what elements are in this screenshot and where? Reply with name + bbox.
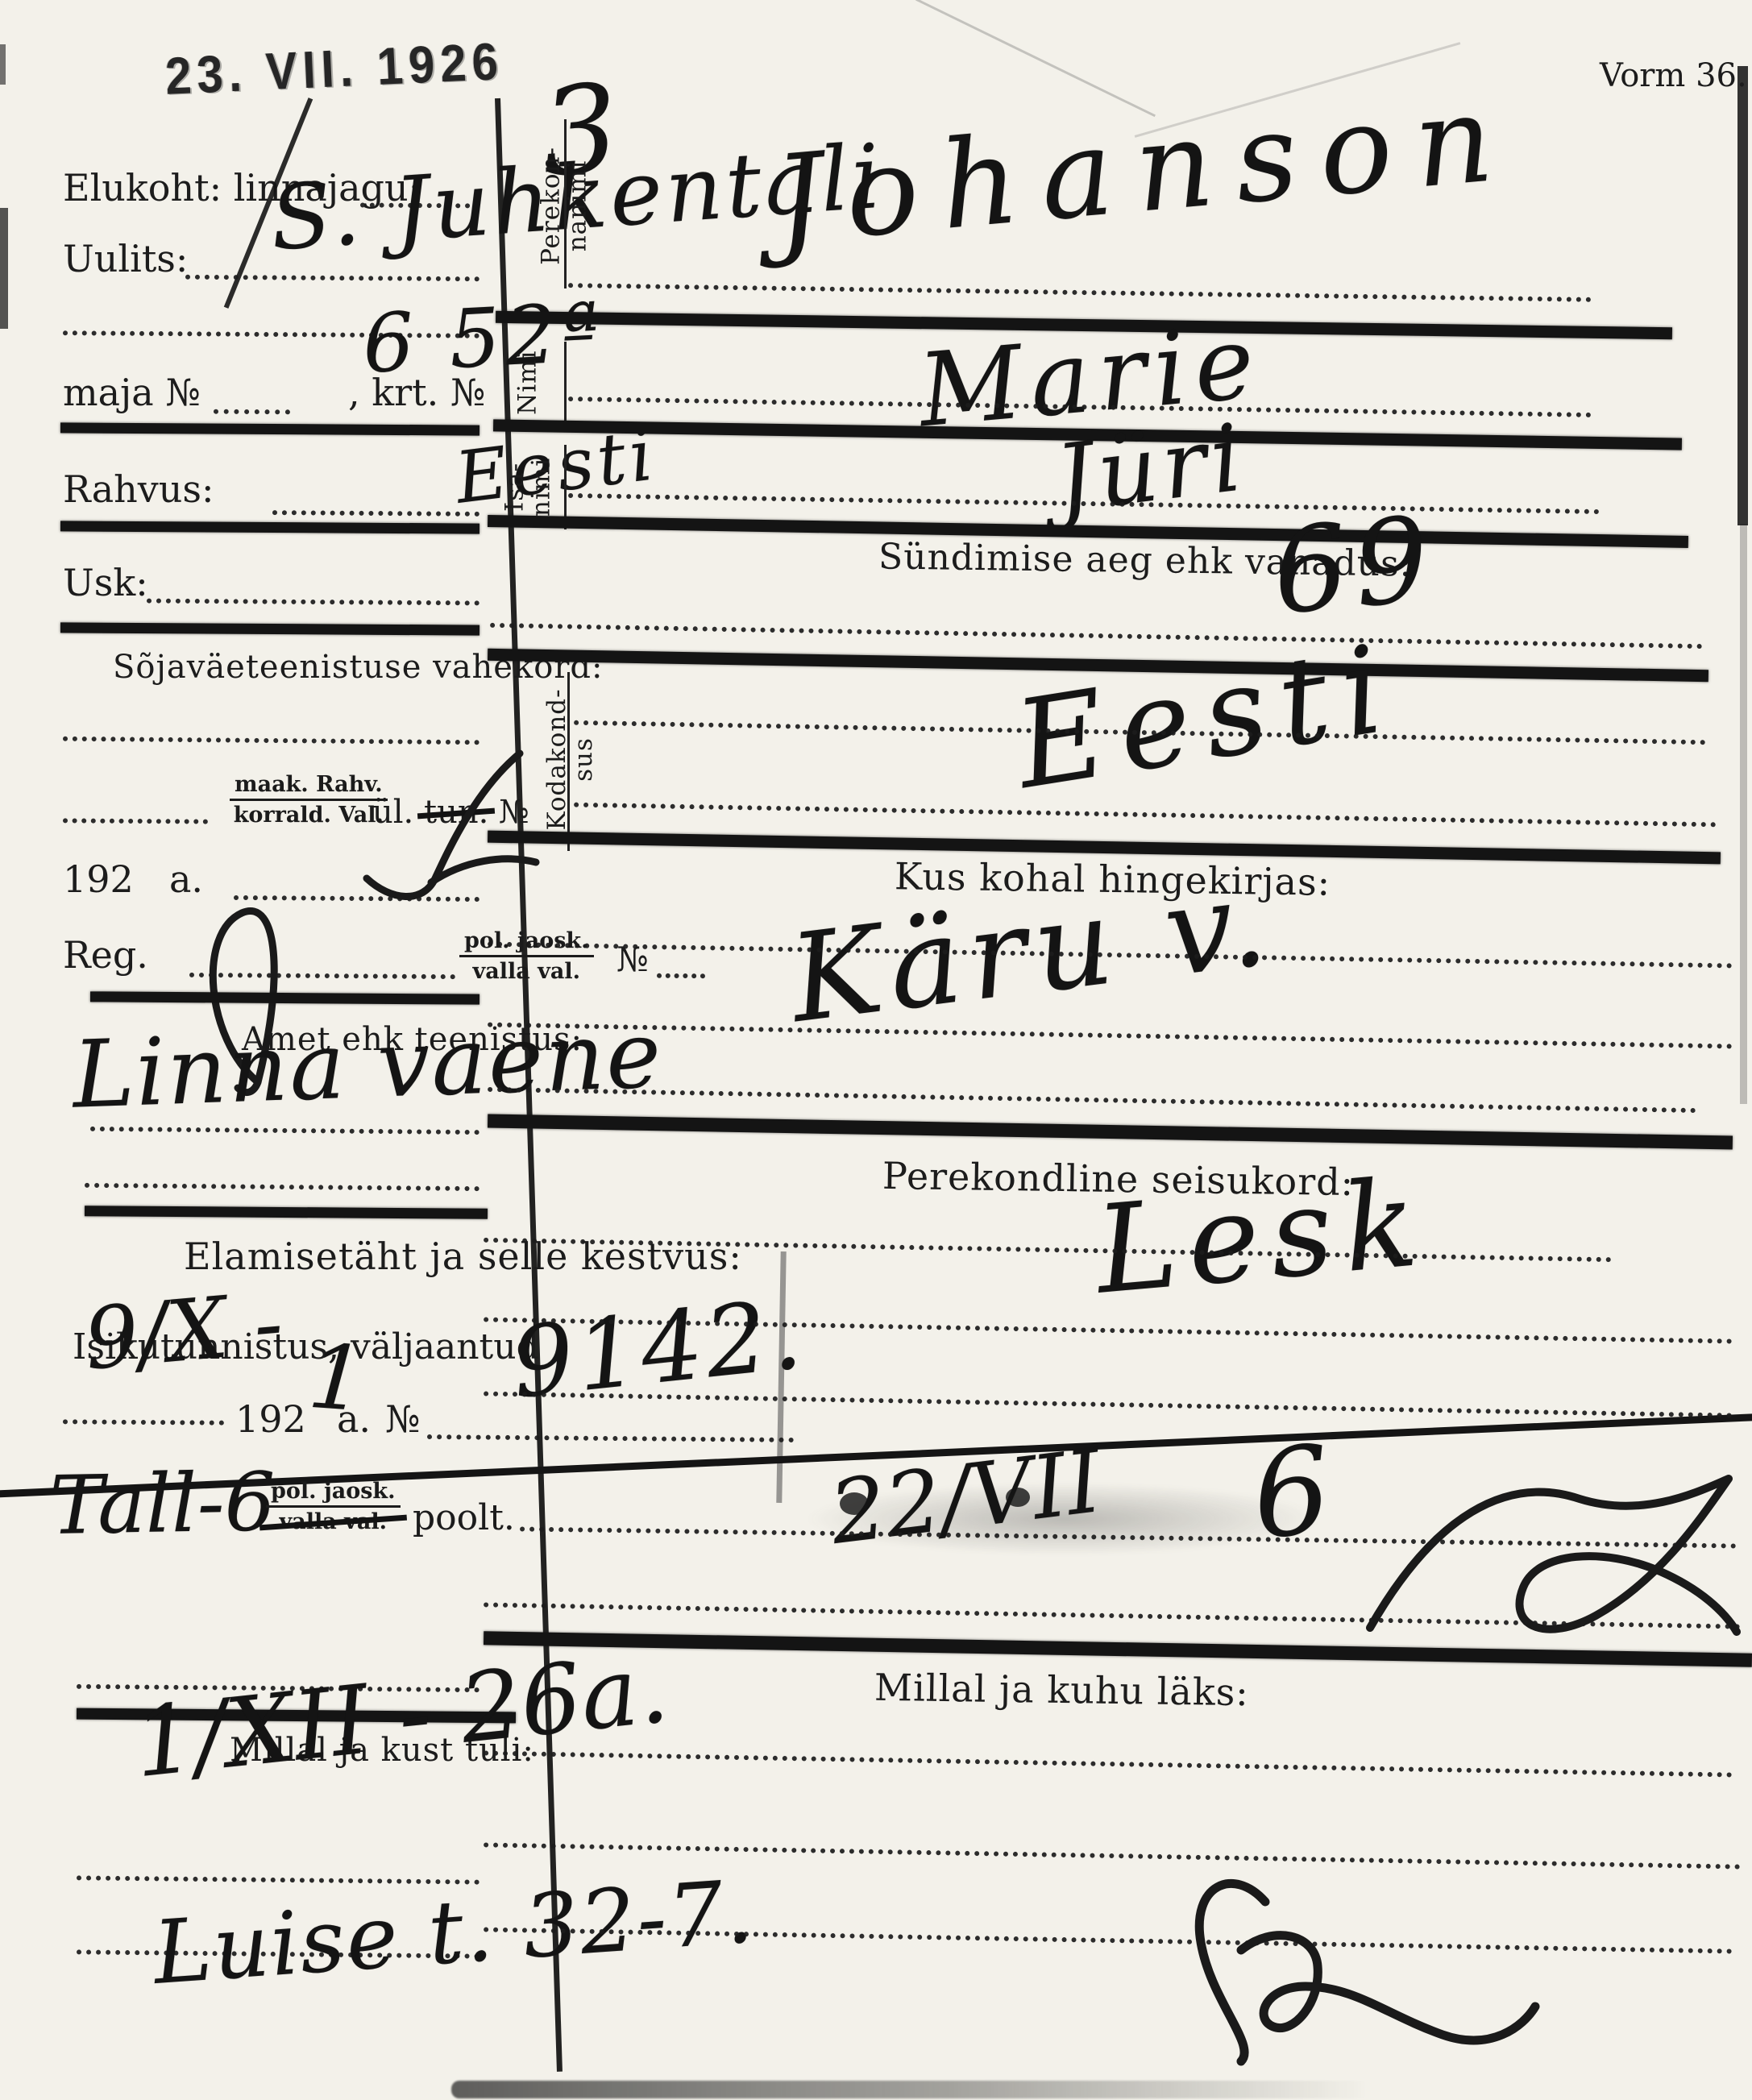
section-rule [90, 991, 480, 1004]
poolt-label: poolt. [413, 1499, 515, 1538]
dotted-line [484, 1750, 1733, 1777]
surname-handwriting: Johanson [770, 77, 1520, 262]
section-rule [85, 1206, 488, 1218]
dotted-line [427, 1434, 794, 1442]
dotted-line [214, 409, 290, 415]
surname-label: Perekon- nanimi [480, 121, 564, 290]
departure-heading: Millal ja kuhu läks: [874, 1667, 1249, 1713]
street-label: Uulits: [63, 239, 188, 280]
id-year-label: 192 [235, 1399, 306, 1440]
section-rule [60, 422, 480, 435]
firstname-label: Nimi [484, 338, 561, 427]
id-year-a-label: a. [337, 1399, 371, 1440]
id-date-handwriting: 9/X - [81, 1280, 286, 1382]
dotted-line [63, 818, 208, 824]
dotted-line [568, 283, 1592, 302]
label-rule [564, 342, 567, 422]
clerk-signature-flourish [1144, 1853, 1547, 2079]
dotted-line [488, 1023, 1733, 1049]
form-number: Vorm 36. [1600, 58, 1747, 93]
pencil-scratch [915, 0, 1156, 117]
dotted-line [90, 1127, 480, 1135]
religion-label: Usk: [63, 562, 148, 604]
scan-edge-mark [0, 208, 8, 329]
scan-edge-line [1737, 66, 1748, 525]
citizenship-handwriting: Eesti [1008, 628, 1404, 807]
reg-label: Reg. [63, 935, 148, 976]
scan-edge-line [1740, 524, 1747, 1104]
dotted-line [77, 1875, 480, 1884]
section-rule [60, 622, 480, 635]
scan-edge-mark [0, 44, 6, 85]
dotted-line [85, 1183, 480, 1191]
birth-handwriting: 69 [1268, 501, 1439, 632]
dotted-line [272, 510, 480, 517]
scanned-registration-card: 23. VII. 1926 Vorm 36. Elukoht: linnajag… [0, 0, 1752, 2100]
dotted-line [484, 1391, 1733, 1417]
dotted-line [488, 1087, 1696, 1113]
police-district-label-2: pol. jaosk. valla val. [266, 1479, 401, 1534]
dotted-line [185, 275, 480, 282]
dotted-line [657, 973, 705, 978]
nationality-label: Rahvus: [63, 469, 214, 510]
section-rule [60, 521, 480, 533]
house-no-label: maja № [63, 372, 201, 413]
police-district-label: pol. jaosk. valla val. [459, 928, 594, 984]
patronym-handwriting: Jüri [1051, 412, 1251, 527]
year-label: 192 [63, 859, 134, 900]
family-status-handwriting: Lesk [1091, 1162, 1433, 1311]
arrival-date-handwriting: 1/XII - 26a. [130, 1641, 673, 1791]
scan-bottom-smudge [451, 2081, 1370, 2098]
dotted-line [484, 1842, 1741, 1869]
section-rule [488, 1114, 1733, 1150]
citizenship-label: Kodakond- sus [480, 669, 566, 850]
dotted-line [574, 803, 1717, 828]
id-no-symbol: № [385, 1399, 421, 1440]
dotted-line [147, 599, 480, 606]
year-a-label: a. [169, 859, 203, 900]
dotted-line [490, 623, 1703, 649]
dotted-line [63, 1419, 224, 1425]
date-stamp: 23. VII. 1926 [164, 31, 505, 106]
